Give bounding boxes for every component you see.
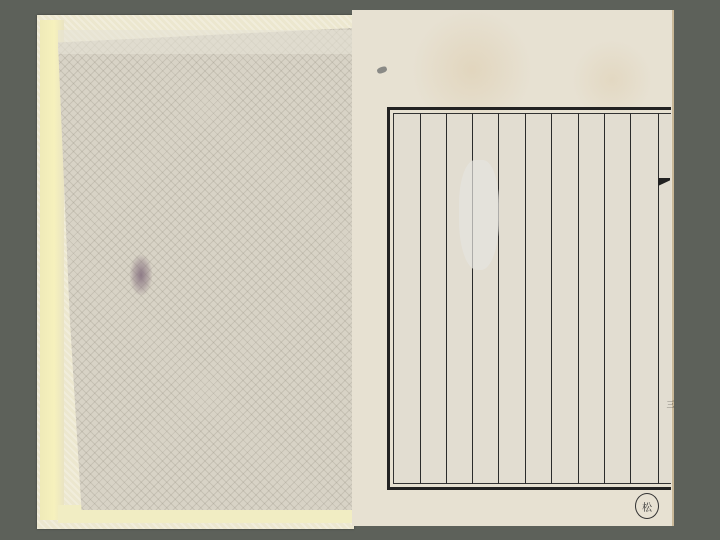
endpaper-top-strip <box>58 30 352 54</box>
column-line <box>498 113 499 484</box>
ownership-seal: 松 <box>635 493 659 519</box>
column-line <box>578 113 579 484</box>
column-line <box>420 113 421 484</box>
patterned-endpaper <box>58 28 352 510</box>
margin-page-number: 三 <box>665 400 676 409</box>
column-line <box>446 113 447 484</box>
paper-crease <box>459 160 499 270</box>
endpaper-stain <box>130 255 152 295</box>
column-line <box>551 113 552 484</box>
column-line <box>604 113 605 484</box>
column-line <box>630 113 631 484</box>
column-line <box>525 113 526 484</box>
column-line <box>658 113 659 484</box>
